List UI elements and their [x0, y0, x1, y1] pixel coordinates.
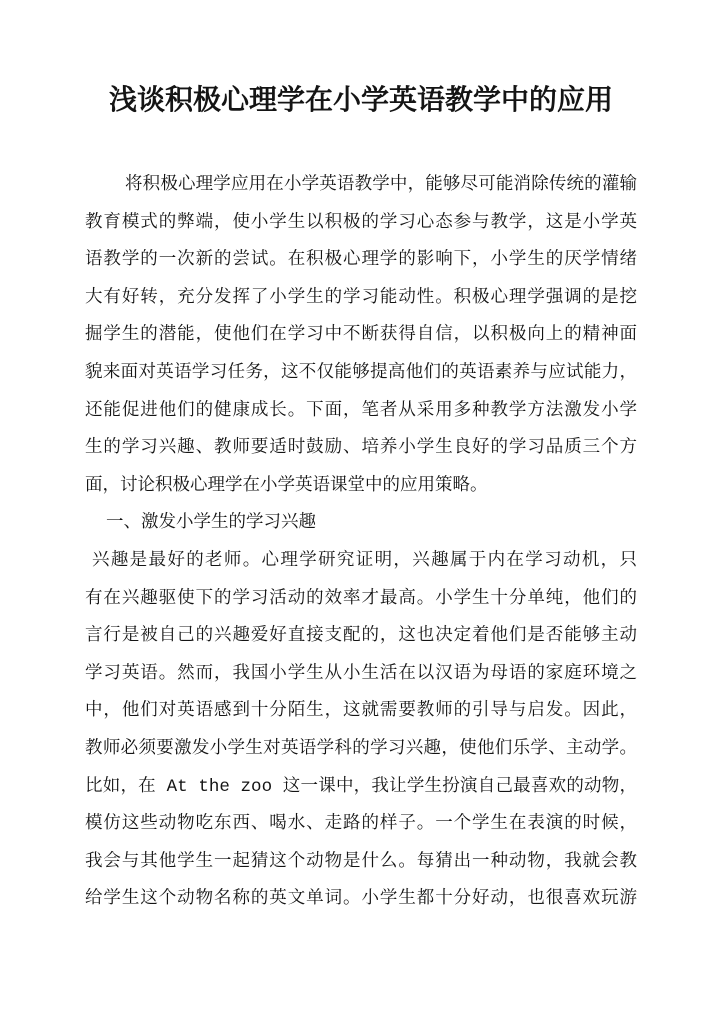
text-line: 给学生这个动物名称的英文单词。小学生都十分好动，也很喜欢玩游 — [85, 881, 637, 919]
heading-section-1: 一、激发小学生的学习兴趣 — [85, 505, 637, 543]
text-line: 教师必须要激发小学生对英语学科的学习兴趣，使他们乐学、主动学。 — [85, 731, 637, 769]
text-line: 生的学习兴趣、教师要适时鼓励、培养小学生良好的学习品质三个方 — [85, 430, 637, 468]
text-line: 一、激发小学生的学习兴趣 — [85, 505, 637, 543]
text-line: 还能促进他们的健康成长。下面，笔者从采用多种教学方法激发小学 — [85, 393, 637, 431]
text-line: 学习英语。然而，我国小学生从小生活在以汉语为母语的家庭环境之 — [85, 656, 637, 694]
text-line: 掘学生的潜能，使他们在学习中不断获得自信，以积极向上的精神面 — [85, 317, 637, 355]
paragraph-intro: 将积极心理学应用在小学英语教学中，能够尽可能消除传统的灌输教育模式的弊端，使小学… — [85, 167, 637, 505]
text-line: 面，讨论积极心理学在小学英语课堂中的应用策略。 — [85, 468, 637, 506]
text-line: 我会与其他学生一起猜这个动物是什么。每猜出一种动物，我就会教 — [85, 844, 637, 882]
text-line: 比如，在 At the zoo 这一课中，我让学生扮演自己最喜欢的动物， — [85, 769, 637, 807]
page: 浅谈积极心理学在小学英语教学中的应用 将积极心理学应用在小学英语教学中，能够尽可… — [0, 0, 721, 1020]
text-line: 大有好转，充分发挥了小学生的学习能动性。积极心理学强调的是挖 — [85, 280, 637, 318]
text-line: 有在兴趣驱使下的学习活动的效率才最高。小学生十分单纯，他们的 — [85, 581, 637, 619]
text-line: 将积极心理学应用在小学英语教学中，能够尽可能消除传统的灌输 — [85, 167, 637, 205]
paragraph-section-1: 兴趣是最好的老师。心理学研究证明，兴趣属于内在学习动机，只有在兴趣驱使下的学习活… — [85, 543, 637, 919]
document-page: { "title": "浅谈积极心理学在小学英语教学中的应用", "docume… — [0, 0, 721, 1020]
text-line: 模仿这些动物吃东西、喝水、走路的样子。一个学生在表演的时候， — [85, 806, 637, 844]
text-line: 教育模式的弊端，使小学生以积极的学习心态参与教学，这是小学英 — [85, 205, 637, 243]
text-line: 语教学的一次新的尝试。在积极心理学的影响下，小学生的厌学情绪 — [85, 242, 637, 280]
text-line: 中，他们对英语感到十分陌生，这就需要教师的引导与启发。因此， — [85, 693, 637, 731]
text-line: 兴趣是最好的老师。心理学研究证明，兴趣属于内在学习动机，只 — [85, 543, 637, 581]
text-line: 言行是被自己的兴趣爱好直接支配的，这也决定着他们是否能够主动 — [85, 618, 637, 656]
document-body: 将积极心理学应用在小学英语教学中，能够尽可能消除传统的灌输教育模式的弊端，使小学… — [85, 167, 637, 919]
text-line: 貌来面对英语学习任务，这不仅能够提高他们的英语素养与应试能力， — [85, 355, 637, 393]
document-title: 浅谈积极心理学在小学英语教学中的应用 — [85, 81, 637, 125]
